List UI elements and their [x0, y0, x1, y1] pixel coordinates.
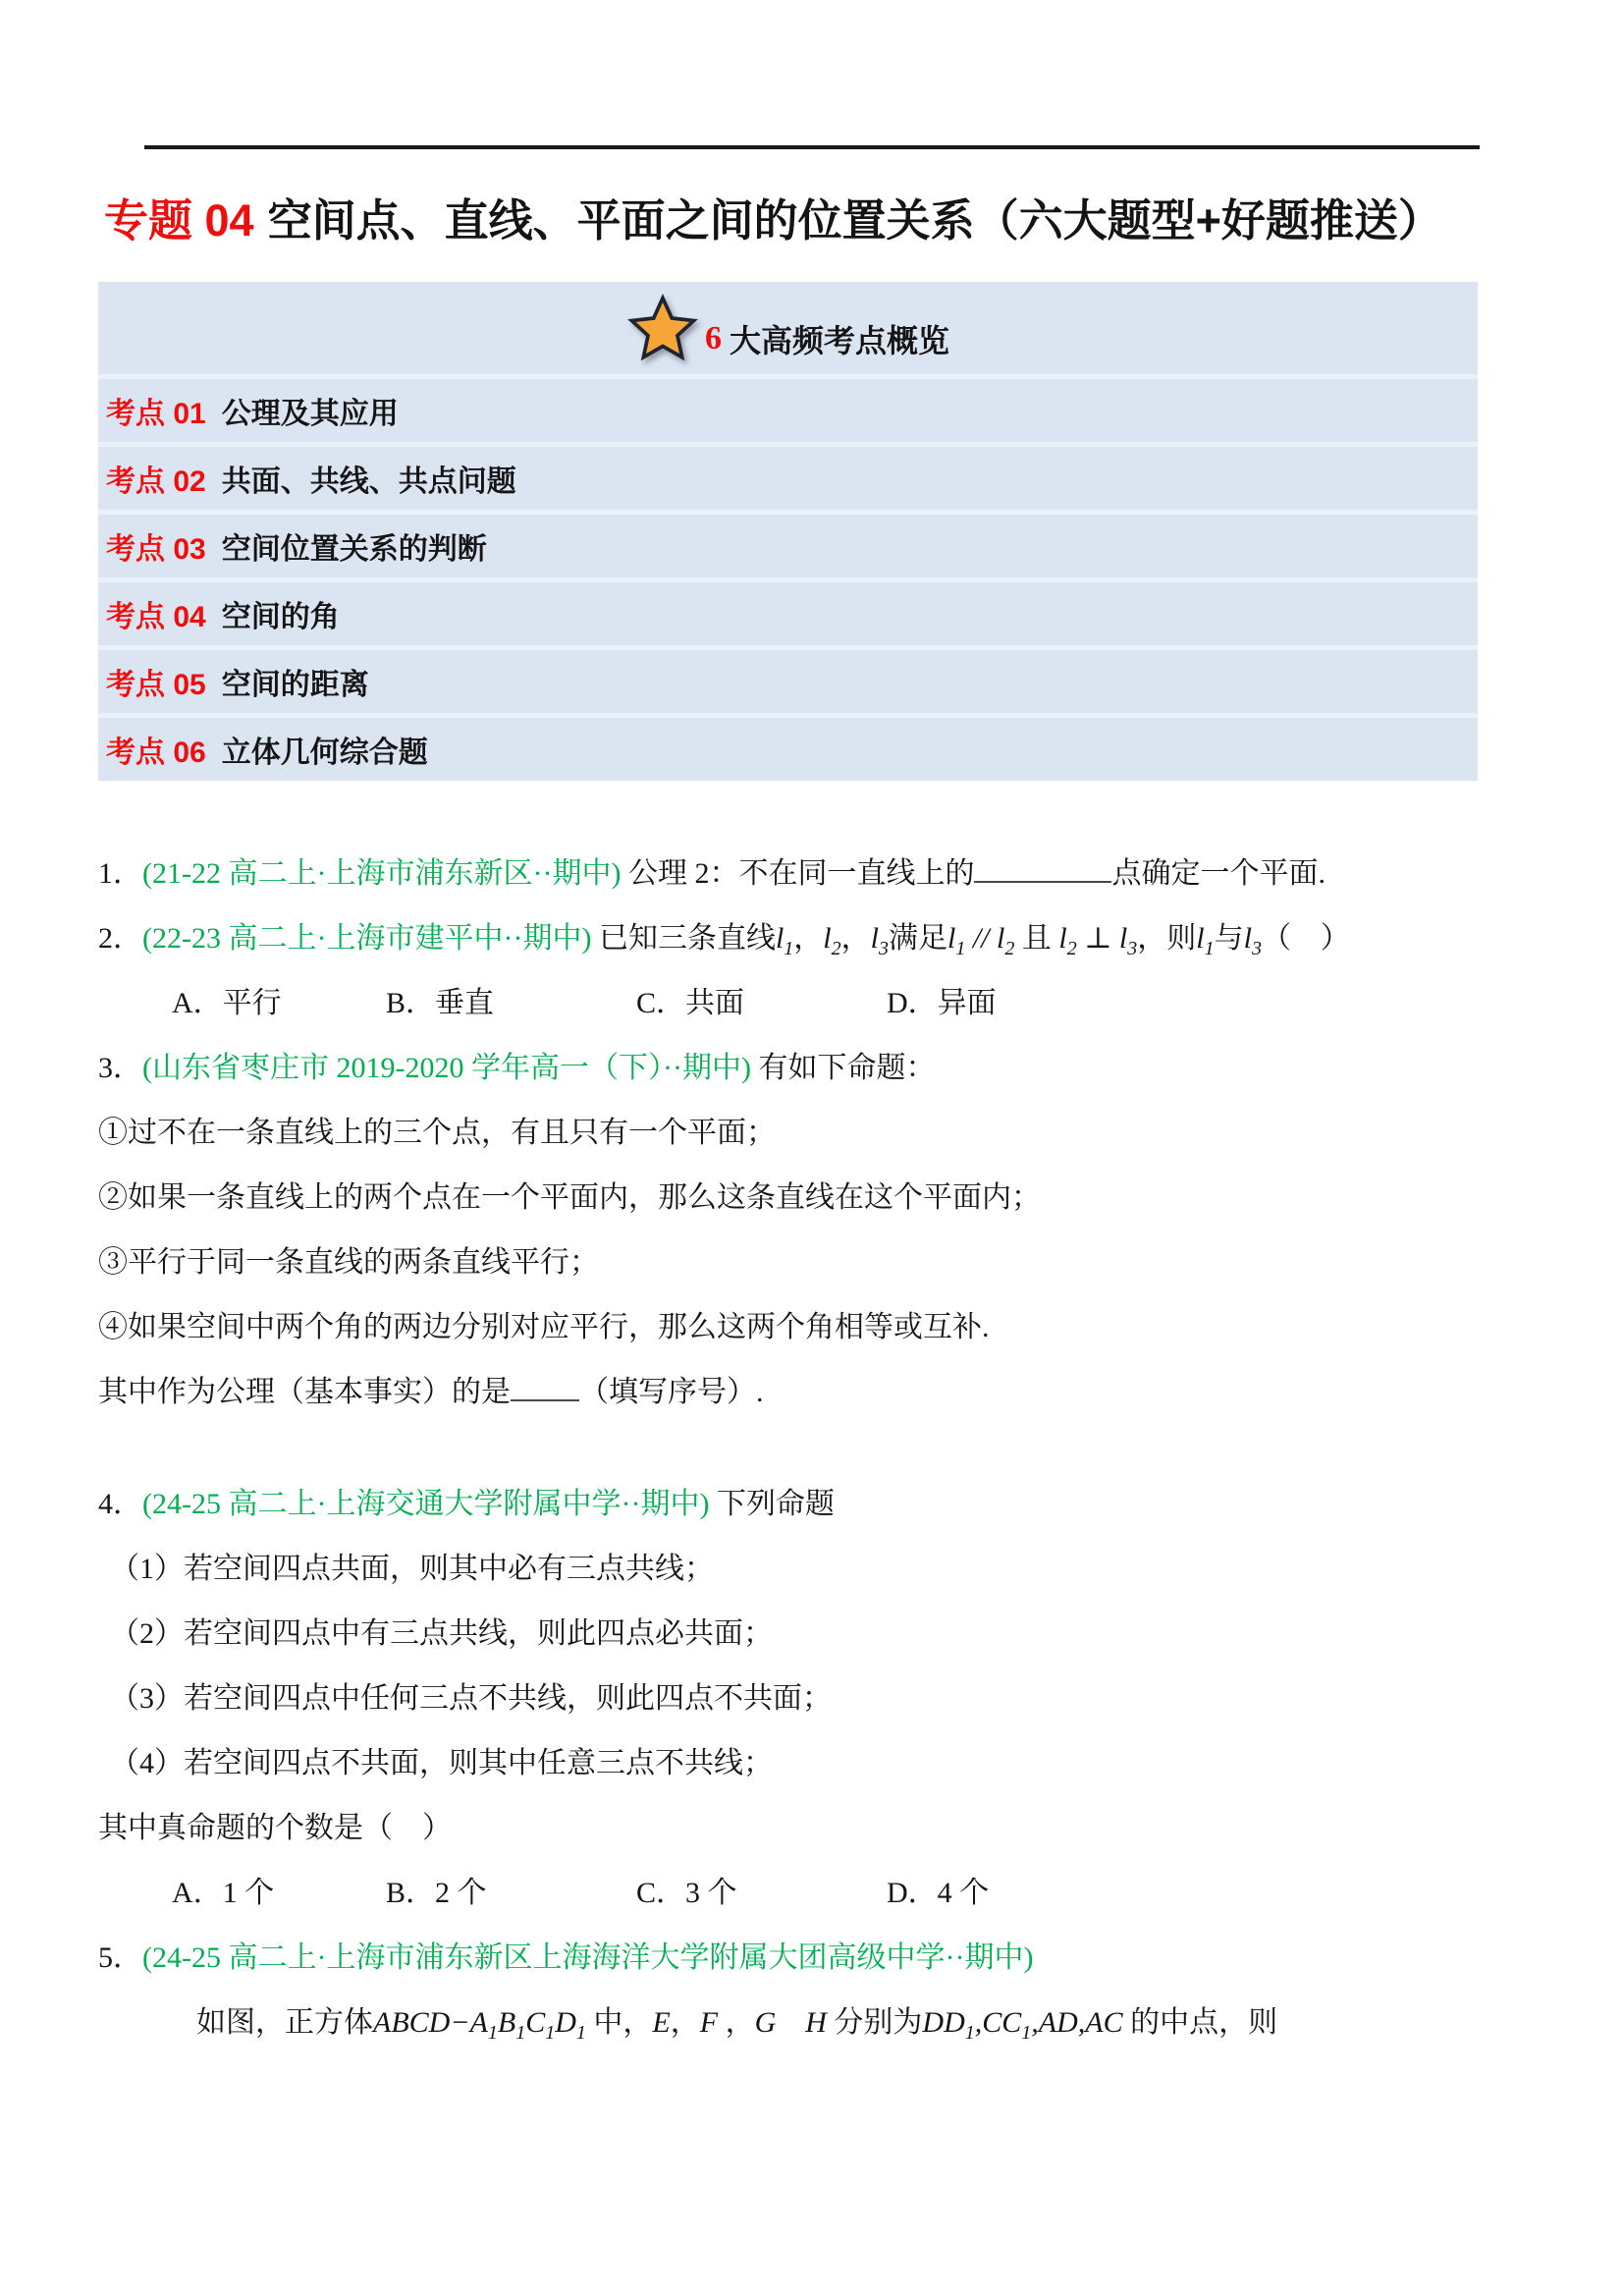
source-citation: (山东省枣庄市 2019-2020 学年高一（下）··期中) [142, 1052, 751, 1084]
stem-text [776, 2006, 805, 2039]
stem-text: 中， [586, 2006, 653, 2039]
topic-label: 专题 04 [104, 195, 254, 246]
overview-item-title: 空间位置关系的判断 [222, 524, 487, 568]
source-citation: (24-25 高二上·上海市浦东新区上海海洋大学附属大团高级中学··期中) [142, 1941, 1033, 1974]
overview-item: 考点 03空间位置关系的判断 [98, 510, 1478, 577]
overview-items: 考点 01公理及其应用考点 02共面、共线、共点问题考点 03空间位置关系的判断… [98, 374, 1478, 781]
question-number: 5． [98, 1941, 142, 1974]
option: A．1 个 [172, 1861, 386, 1926]
overview-item-title: 立体几何综合题 [222, 728, 428, 771]
question-line: 1．(21-22 高二上·上海市浦东新区··期中) 公理 2：不在同一直线上的点… [98, 842, 1551, 906]
option: C．共面 [636, 971, 887, 1036]
document-page: 专题 04空间点、直线、平面之间的位置关系（六大题型+好题推送） 6 大高频考点… [0, 0, 1623, 2296]
stem-text: 已知三条直线 [591, 922, 776, 955]
stem-text: 与 [1215, 922, 1244, 955]
stem-text: ， [841, 922, 871, 955]
overview-item: 考点 06立体几何综合题 [98, 713, 1478, 781]
stem-text: （3）若空间四点中任何三点不共线，则此四点不共面； [110, 1682, 832, 1715]
question-2: 2．(22-23 高二上·上海市建平中··期中) 已知三条直线l1，l2，l3满… [98, 906, 1551, 1036]
question-line: 其中作为公理（基本事实）的是（填写序号）. [98, 1360, 1551, 1425]
stem-text: ， [671, 2006, 700, 2039]
answer-blank [511, 1360, 579, 1401]
stem-text: ④如果空间中两个角的两边分别对应平行，那么这两个角相等或互补. [98, 1311, 990, 1343]
overview-box: 6 大高频考点概览 考点 01公理及其应用考点 02共面、共线、共点问题考点 0… [98, 282, 1478, 781]
question-line: 2．(22-23 高二上·上海市建平中··期中) 已知三条直线l1，l2，l3满… [98, 906, 1551, 971]
question-number: 1． [98, 857, 142, 890]
overview-item-title: 空间的角 [222, 592, 340, 635]
question-line: 如图，正方体ABCD−A1B1C1D1 中，E，F ，G H 分别为DD1,CC… [98, 1991, 1551, 2055]
questions: 1．(21-22 高二上·上海市浦东新区··期中) 公理 2：不在同一直线上的点… [98, 842, 1551, 2055]
header-rule [144, 145, 1480, 149]
math-expression: E [652, 2006, 670, 2039]
overview-item-title: 共面、共线、共点问题 [222, 457, 516, 500]
math-expression: l2 ⊥ l3 [1058, 922, 1137, 955]
question-line: ③平行于同一条直线的两条直线平行； [98, 1230, 1551, 1295]
math-expression: F [700, 2006, 718, 2039]
option: D．4 个 [887, 1861, 989, 1926]
math-expression: l2 [823, 922, 840, 955]
option: D．异面 [887, 971, 997, 1036]
overview-item-label: 考点 02 [106, 457, 206, 500]
stem-text: 且 [1014, 922, 1058, 955]
math-expression: l3 [1244, 922, 1262, 955]
math-expression: l1 // l2 [947, 922, 1014, 955]
question-line: （2）若空间四点中有三点共线，则此四点必共面； [98, 1602, 1551, 1667]
stem-text: 下列命题 [709, 1488, 835, 1520]
overview-count: 6 [705, 320, 722, 357]
stem-text: （填写序号）. [579, 1376, 764, 1408]
question-line: ④如果空间中两个角的两边分别对应平行，那么这两个角相等或互补. [98, 1295, 1551, 1360]
overview-item-label: 考点 06 [106, 728, 206, 771]
overview-item: 考点 01公理及其应用 [98, 374, 1478, 442]
math-expression: H [805, 2006, 827, 2039]
overview-heading: 6 大高频考点概览 [98, 282, 1478, 374]
question-1: 1．(21-22 高二上·上海市浦东新区··期中) 公理 2：不在同一直线上的点… [98, 842, 1551, 906]
math-expression: l3 [871, 922, 889, 955]
overview-item: 考点 04空间的角 [98, 577, 1478, 645]
stem-text: （4）若空间四点不共面，则其中任意三点不共线； [110, 1747, 773, 1779]
stem-text: 其中真命题的个数是（ ） [98, 1812, 452, 1844]
question-line: （4）若空间四点不共面，则其中任意三点不共线； [98, 1731, 1551, 1796]
stem-text: ①过不在一条直线上的三个点，有且只有一个平面； [98, 1117, 776, 1149]
stem-text: 其中作为公理（基本事实）的是 [98, 1376, 511, 1408]
stem-text: 满足 [889, 922, 947, 955]
math-expression: l1 [776, 922, 793, 955]
question-line: ①过不在一条直线上的三个点，有且只有一个平面； [98, 1101, 1551, 1166]
overview-heading-text: 大高频考点概览 [730, 316, 949, 361]
stem-text: ②如果一条直线上的两个点在一个平面内，那么这条直线在这个平面内； [98, 1181, 1041, 1214]
options-row: A．1 个B．2 个C．3 个D．4 个 [98, 1861, 1551, 1926]
math-expression: l1 [1196, 922, 1214, 955]
question-4: 4．(24-25 高二上·上海交通大学附属中学··期中) 下列命题（1）若空间四… [98, 1472, 1551, 1926]
star-icon [626, 290, 699, 366]
math-expression: ABCD−A1B1C1D1 [373, 2006, 586, 2039]
question-5: 5．(24-25 高二上·上海市浦东新区上海海洋大学附属大团高级中学··期中)如… [98, 1926, 1551, 2055]
title-text: 空间点、直线、平面之间的位置关系（六大题型+好题推送） [268, 195, 1442, 246]
stem-text: （ ） [1262, 922, 1350, 955]
option: B．2 个 [386, 1861, 636, 1926]
question-number: 3． [98, 1052, 142, 1084]
overview-item-label: 考点 03 [106, 524, 206, 568]
option: C．3 个 [636, 1861, 887, 1926]
stem-text: ， [793, 922, 823, 955]
source-citation: (21-22 高二上·上海市浦东新区··期中) [142, 857, 621, 890]
overview-item: 考点 02共面、共线、共点问题 [98, 442, 1478, 510]
question-line: 其中真命题的个数是（ ） [98, 1796, 1551, 1861]
question-line: 4．(24-25 高二上·上海交通大学附属中学··期中) 下列命题 [98, 1472, 1551, 1537]
page-title: 专题 04空间点、直线、平面之间的位置关系（六大题型+好题推送） [104, 194, 1442, 247]
stem-text: 公理 2：不在同一直线上的 [621, 857, 974, 890]
overview-item-title: 空间的距离 [222, 660, 369, 703]
question-3: 3．(山东省枣庄市 2019-2020 学年高一（下）··期中) 有如下命题：①… [98, 1036, 1551, 1425]
question-line: 5．(24-25 高二上·上海市浦东新区上海海洋大学附属大团高级中学··期中) [98, 1926, 1551, 1991]
question-line: ②如果一条直线上的两个点在一个平面内，那么这条直线在这个平面内； [98, 1166, 1551, 1230]
stem-text: （2）若空间四点中有三点共线，则此四点必共面； [110, 1617, 773, 1650]
options-row: A．平行B．垂直C．共面D．异面 [98, 971, 1551, 1036]
stem-text: 有如下命题： [751, 1052, 936, 1084]
question-line: （1）若空间四点共面，则其中必有三点共线； [98, 1537, 1551, 1602]
source-citation: (24-25 高二上·上海交通大学附属中学··期中) [142, 1488, 709, 1520]
overview-item-label: 考点 01 [106, 389, 206, 432]
stem-text: 分别为 [827, 2006, 923, 2039]
stem-text: （1）若空间四点共面，则其中必有三点共线； [110, 1553, 714, 1585]
question-number: 4． [98, 1488, 142, 1520]
math-expression: G [755, 2006, 777, 2039]
stem-text: 的中点，则 [1123, 2006, 1278, 2039]
overview-item-label: 考点 05 [106, 660, 206, 703]
stem-text: 点确定一个平面. [1111, 857, 1325, 890]
option: A．平行 [172, 971, 386, 1036]
stem-text: ③平行于同一条直线的两条直线平行； [98, 1246, 599, 1279]
question-number: 2． [98, 922, 142, 955]
stem-text: ，则 [1137, 922, 1196, 955]
overview-item-title: 公理及其应用 [222, 389, 399, 432]
stem-text: ， [718, 2006, 755, 2039]
source-citation: (22-23 高二上·上海市建平中··期中) [142, 922, 591, 955]
question-line: 3．(山东省枣庄市 2019-2020 学年高一（下）··期中) 有如下命题： [98, 1036, 1551, 1101]
overview-item-label: 考点 04 [106, 592, 206, 635]
math-expression: DD1,CC1,AD,AC [922, 2006, 1122, 2039]
option: B．垂直 [386, 971, 636, 1036]
answer-blank [974, 842, 1111, 883]
stem-text: 如图，正方体 [196, 2006, 373, 2039]
question-line: （3）若空间四点中任何三点不共线，则此四点不共面； [98, 1667, 1551, 1731]
overview-item: 考点 05空间的距离 [98, 645, 1478, 713]
